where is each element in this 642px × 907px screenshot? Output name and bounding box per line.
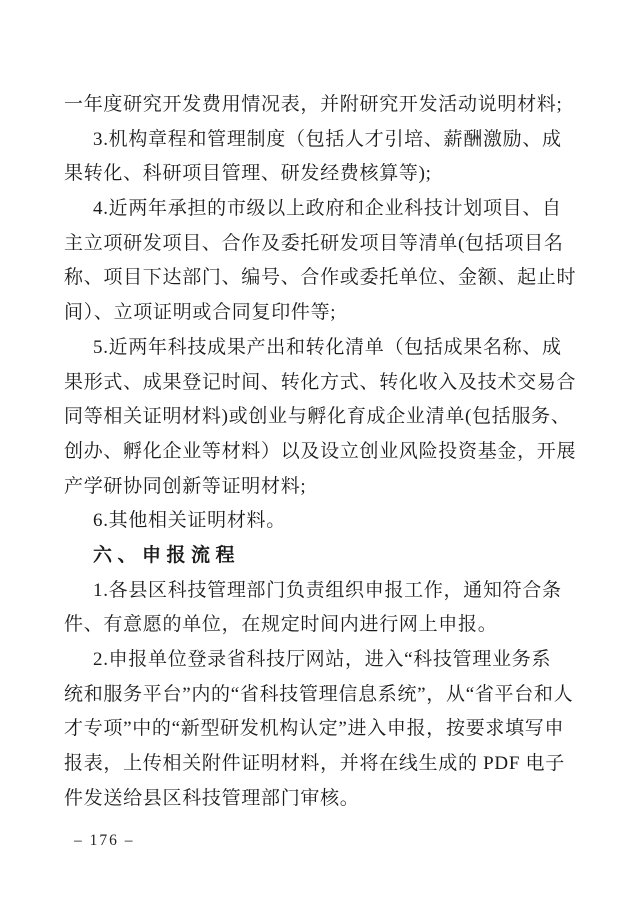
body-line: 果形式、成果登记时间、转化方式、转化收入及技术交易合	[64, 366, 580, 401]
body-line: 报表，上传相关附件证明材料，并将在线生成的 PDF 电子	[64, 747, 580, 782]
body-line: 3.机构章程和管理制度（包括人才引培、薪酬激励、成	[64, 123, 580, 158]
body-line: 件发送给县区科技管理部门审核。	[64, 782, 580, 817]
body-line: 件、有意愿的单位，在规定时间内进行网上申报。	[64, 608, 580, 643]
body-line: 才专项”中的“新型研发机构认定”进入申报，按要求填写申	[64, 712, 580, 747]
body-line: 称、项目下达部门、编号、合作或委托单位、金额、起止时	[64, 261, 580, 296]
body-line: 1.各县区科技管理部门负责组织申报工作，通知符合条	[64, 574, 580, 609]
body-line: 6.其他相关证明材料。	[64, 504, 580, 539]
page-footer: – 176 –	[74, 831, 135, 851]
document-page: 一年度研究开发费用情况表，并附研究开发活动说明材料; 3.机构章程和管理制度（包…	[0, 0, 642, 907]
body-line: 间）、立项证明或合同复印件等;	[64, 296, 580, 331]
section-heading: 六、申报流程	[64, 539, 580, 574]
body-line: 5.近两年科技成果产出和转化清单（包括成果名称、成	[64, 331, 580, 366]
body-line: 创办、孵化企业等材料）以及设立创业风险投资基金，开展	[64, 435, 580, 470]
body-line: 产学研协同创新等证明材料;	[64, 470, 580, 505]
body-line: 统和服务平台”内的“省科技管理信息系统”，从“省平台和人	[64, 678, 580, 713]
body-line: 4.近两年承担的市级以上政府和企业科技计划项目、自	[64, 192, 580, 227]
body-line: 主立项研发项目、合作及委托研发项目等清单(包括项目名	[64, 227, 580, 262]
body-line: 2.申报单位登录省科技厅网站，进入“科技管理业务系	[64, 643, 580, 678]
document-body: 一年度研究开发费用情况表，并附研究开发活动说明材料; 3.机构章程和管理制度（包…	[64, 88, 580, 816]
body-line: 果转化、科研项目管理、研发经费核算等);	[64, 157, 580, 192]
page-number: – 176 –	[74, 832, 135, 849]
body-line: 一年度研究开发费用情况表，并附研究开发活动说明材料;	[64, 88, 580, 123]
body-line: 同等相关证明材料)或创业与孵化育成企业清单(包括服务、	[64, 400, 580, 435]
